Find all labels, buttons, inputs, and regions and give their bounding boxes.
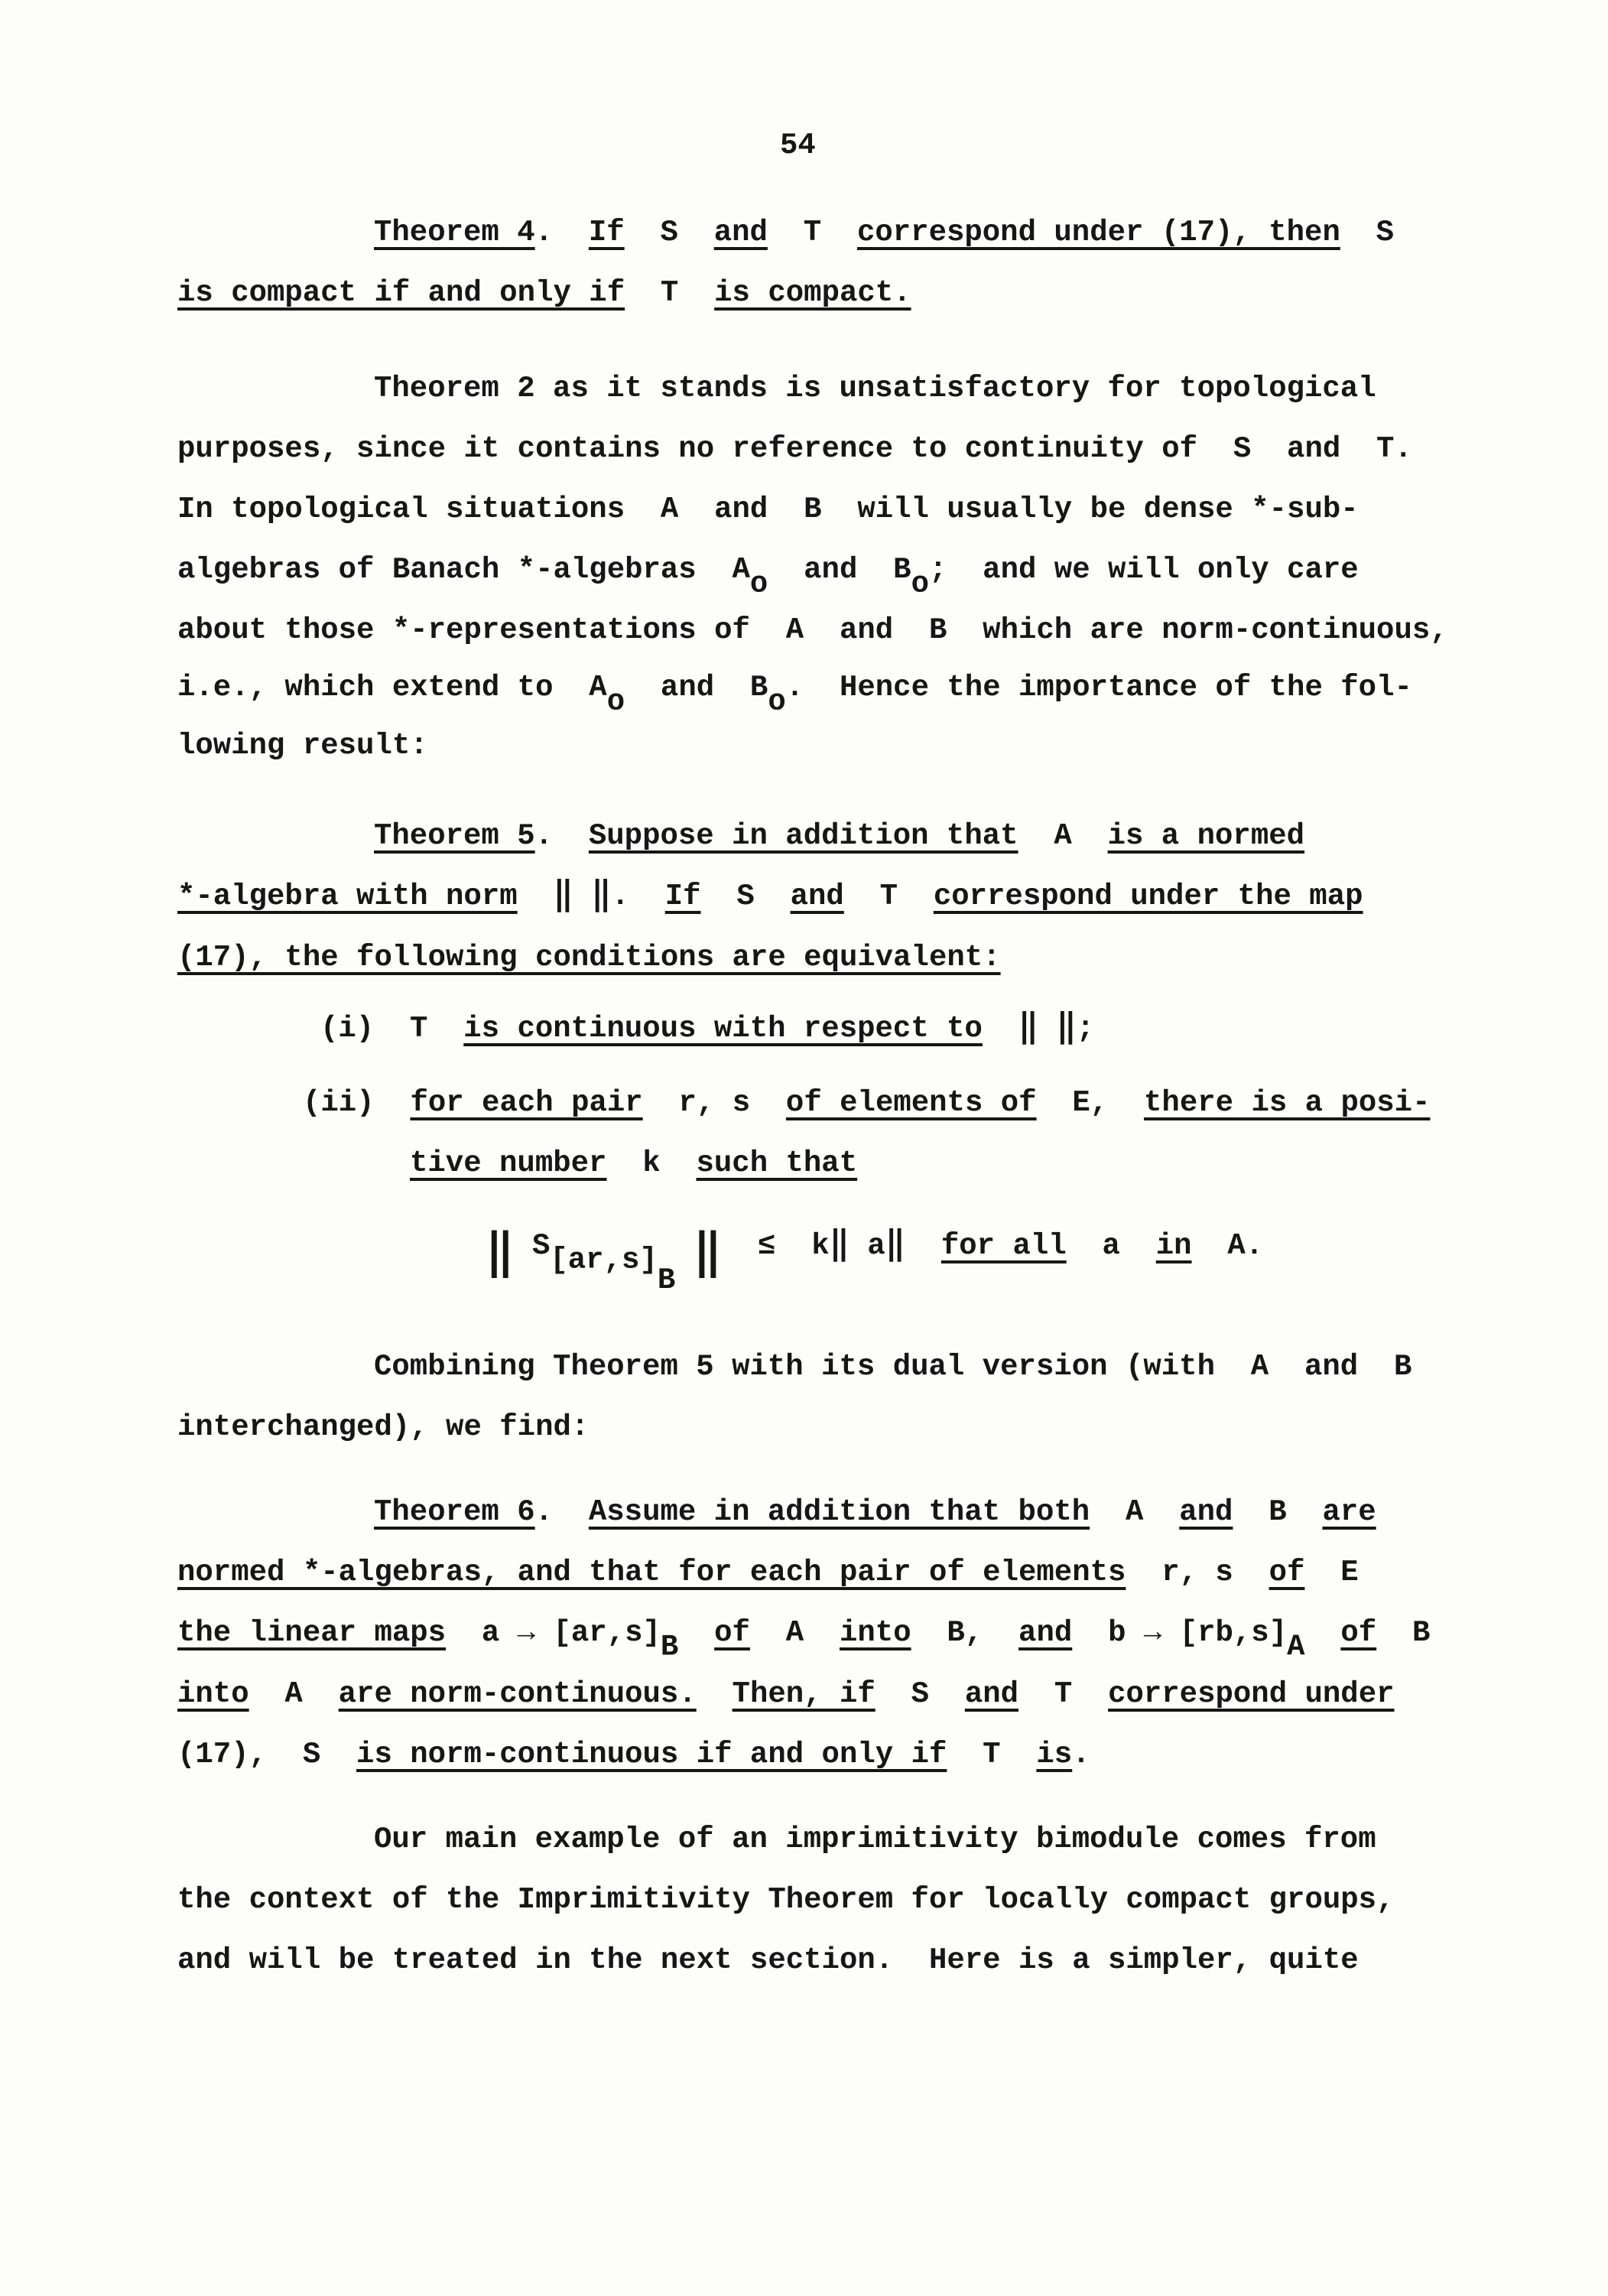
text-segment: E, — [1037, 1086, 1144, 1120]
text-segment: ‖ — [486, 1227, 515, 1281]
text-line: Theorem 2 as it stands is unsatisfactory… — [374, 372, 1376, 406]
text-segment — [905, 1229, 941, 1263]
text-segment: and — [791, 880, 844, 913]
text-segment: there is a posi- — [1144, 1086, 1430, 1120]
text-segment: A — [750, 1616, 840, 1650]
text-segment: o — [607, 685, 625, 719]
text-line: algebras of Banach *-algebras Ao and Bo;… — [177, 553, 1359, 602]
text-segment: are — [1322, 1495, 1376, 1529]
text-segment — [983, 1012, 1018, 1046]
text-segment: of — [1340, 1616, 1376, 1650]
text-segment: correspond under (17), then — [857, 216, 1340, 249]
text-segment: and — [1018, 1616, 1072, 1650]
text-segment: into — [177, 1677, 249, 1711]
text-segment: k — [606, 1146, 696, 1180]
text-segment: normed *-algebras, and that for each pai… — [177, 1556, 1126, 1589]
text-segment: Combining Theorem 5 with its dual versio… — [374, 1350, 1411, 1384]
text-segment: and — [714, 216, 768, 249]
text-line: into A are norm-continuous. Then, if S a… — [177, 1677, 1395, 1712]
text-segment: k — [811, 1229, 829, 1263]
text-segment: Theorem 2 as it stands is unsatisfactory… — [374, 372, 1376, 405]
text-segment: of elements of — [786, 1086, 1037, 1120]
text-segment: B — [661, 1631, 678, 1664]
text-segment: of — [714, 1616, 750, 1650]
text-segment: is norm-continuous if and only if — [356, 1738, 947, 1771]
text-segment: lowing result: — [177, 729, 428, 763]
text-segment: about those *-representations of A and B… — [177, 613, 1448, 647]
text-segment — [518, 880, 554, 913]
text-segment — [697, 1677, 733, 1711]
text-segment: If — [665, 880, 701, 913]
text-segment: [ar,s] — [550, 1244, 657, 1277]
text-segment: for all — [941, 1229, 1067, 1263]
text-segment: *-algebra with norm — [177, 880, 518, 913]
text-segment: i.e., which extend to A — [177, 671, 607, 704]
text-segment: ; and we will only care — [929, 553, 1359, 587]
text-line: the context of the Imprimitivity Theorem… — [177, 1883, 1394, 1917]
text-segment: is a normed — [1108, 819, 1304, 853]
text-segment: and B — [768, 553, 911, 587]
text-line: interchanged), we find: — [177, 1410, 589, 1445]
text-line: lowing result: — [177, 729, 428, 763]
text-segment: ; — [1077, 1012, 1094, 1046]
text-segment: ‖ — [694, 1227, 723, 1281]
text-line: and will be treated in the next section.… — [177, 1943, 1359, 1978]
text-segment: . — [1072, 1738, 1090, 1771]
text-segment — [573, 880, 591, 913]
text-segment: Suppose in addition that — [589, 819, 1018, 853]
text-segment: tive number — [410, 1146, 606, 1180]
text-segment: and will be treated in the next section.… — [177, 1943, 1359, 1977]
text-segment: . — [535, 819, 589, 853]
text-segment: o — [768, 685, 785, 719]
text-segment: T — [768, 216, 857, 249]
text-segment: a — [849, 1229, 885, 1263]
text-segment: B, — [911, 1616, 1018, 1650]
text-segment: S — [515, 1229, 551, 1263]
text-segment: ‖ — [830, 1227, 849, 1264]
text-line: tive number k such that — [410, 1146, 857, 1181]
text-segment: If — [589, 216, 625, 249]
page-number: 54 — [780, 128, 816, 162]
text-segment: A — [1090, 1495, 1179, 1529]
text-segment: and — [965, 1677, 1018, 1711]
text-segment: ‖ — [885, 1227, 905, 1264]
text-segment: ‖ — [1018, 1010, 1038, 1047]
text-segment: T — [947, 1738, 1036, 1771]
text-segment: T — [1018, 1677, 1108, 1711]
text-line: is compact if and only if T is compact. — [177, 276, 911, 311]
text-line: ‖ S[ar,s]B ‖ ≤ k‖ a‖ for all a in A. — [486, 1229, 1263, 1298]
text-segment: A. — [1192, 1229, 1264, 1263]
text-segment: . — [535, 216, 589, 249]
text-segment: T — [844, 880, 934, 913]
text-segment: (ii) — [303, 1086, 410, 1120]
text-segment: is continuous with respect to — [463, 1012, 983, 1046]
text-segment: B — [1233, 1495, 1322, 1529]
text-segment: . Hence the importance of the fol- — [786, 671, 1412, 704]
text-segment: o — [750, 567, 768, 601]
text-segment: such that — [696, 1146, 857, 1180]
text-segment: . — [535, 1495, 589, 1529]
text-line: Theorem 4. If S and T correspond under (… — [374, 216, 1394, 250]
text-line: i.e., which extend to Ao and Bo. Hence t… — [177, 671, 1412, 720]
text-segment: are norm-continuous. — [339, 1677, 697, 1711]
text-segment: E — [1304, 1556, 1358, 1589]
text-segment: S — [701, 880, 791, 913]
text-segment: is — [1036, 1738, 1072, 1771]
text-segment: Theorem 5 — [374, 819, 535, 853]
text-segment: Theorem 4 — [374, 216, 535, 249]
text-segment: ‖ — [1056, 1010, 1076, 1047]
text-segment: and — [1179, 1495, 1233, 1529]
text-segment: A — [1018, 819, 1108, 853]
text-line: In topological situations A and B will u… — [177, 493, 1359, 527]
text-segment: r, s — [1126, 1556, 1269, 1589]
text-segment: In topological situations A and B will u… — [177, 493, 1359, 526]
text-line: (ii) for each pair r, s of elements of E… — [303, 1086, 1430, 1120]
text-segment: S — [625, 216, 714, 249]
text-line: about those *-representations of A and B… — [177, 613, 1448, 648]
text-segment: b → [rb,s] — [1072, 1616, 1287, 1650]
text-line: the linear maps a → [ar,s]B of A into B,… — [177, 1616, 1430, 1665]
text-segment: o — [911, 567, 929, 601]
text-segment: B — [1376, 1616, 1430, 1650]
text-segment: . — [612, 880, 665, 913]
text-segment: for each pair — [410, 1086, 642, 1120]
text-segment: (i) T — [320, 1012, 463, 1046]
text-line: normed *-algebras, and that for each pai… — [177, 1556, 1359, 1590]
text-line: *-algebra with norm ‖ ‖. If S and T corr… — [177, 880, 1363, 914]
text-segment: the context of the Imprimitivity Theorem… — [177, 1883, 1394, 1917]
text-segment: interchanged), we find: — [177, 1410, 589, 1444]
text-segment: ‖ — [554, 877, 573, 915]
text-segment: correspond under — [1108, 1677, 1394, 1711]
text-line: purposes, since it contains no reference… — [177, 432, 1412, 467]
text-line: (17), S is norm-continuous if and only i… — [177, 1738, 1090, 1772]
document-page: 54 Theorem 4. If S and T correspond unde… — [0, 0, 1608, 2296]
text-segment: ‖ — [591, 877, 611, 915]
text-segment: and B — [625, 671, 768, 704]
text-segment: T — [625, 276, 714, 310]
text-segment: A — [249, 1677, 339, 1711]
text-segment: a — [1067, 1229, 1156, 1263]
text-segment — [678, 1616, 714, 1650]
text-segment: ≤ — [722, 1229, 811, 1263]
text-segment: Assume in addition that both — [589, 1495, 1090, 1529]
text-segment: Theorem 6 — [374, 1495, 535, 1529]
text-segment: is compact if and only if — [177, 276, 625, 310]
text-segment: r, s — [643, 1086, 786, 1120]
text-segment: (17), S — [177, 1738, 356, 1771]
text-segment — [1038, 1012, 1056, 1046]
text-segment: is compact. — [714, 276, 911, 310]
text-line: Our main example of an imprimitivity bim… — [374, 1823, 1376, 1857]
text-segment — [675, 1229, 693, 1263]
text-segment: Then, if — [733, 1677, 875, 1711]
text-line: Combining Theorem 5 with its dual versio… — [374, 1350, 1411, 1384]
text-segment: a → [ar,s] — [446, 1616, 661, 1650]
text-segment: S — [875, 1677, 965, 1711]
text-segment: Our main example of an imprimitivity bim… — [374, 1823, 1376, 1856]
text-segment: (17), the following conditions are equiv… — [177, 941, 1001, 974]
text-line: Theorem 6. Assume in addition that both … — [374, 1495, 1376, 1530]
text-line: (i) T is continuous with respect to ‖ ‖; — [320, 1012, 1094, 1046]
text-segment: the linear maps — [177, 1616, 446, 1650]
text-segment: in — [1156, 1229, 1192, 1263]
text-segment: algebras of Banach *-algebras A — [177, 553, 750, 587]
text-line: (17), the following conditions are equiv… — [177, 941, 1001, 975]
text-segment: correspond under the map — [934, 880, 1363, 913]
text-segment: into — [840, 1616, 911, 1650]
text-line: Theorem 5. Suppose in addition that A is… — [374, 819, 1304, 854]
text-segment: of — [1269, 1556, 1305, 1589]
text-segment — [1305, 1616, 1341, 1650]
text-segment: S — [1340, 216, 1394, 249]
text-segment: purposes, since it contains no reference… — [177, 432, 1412, 466]
text-segment: B — [658, 1263, 675, 1297]
text-segment: A — [1287, 1631, 1304, 1664]
